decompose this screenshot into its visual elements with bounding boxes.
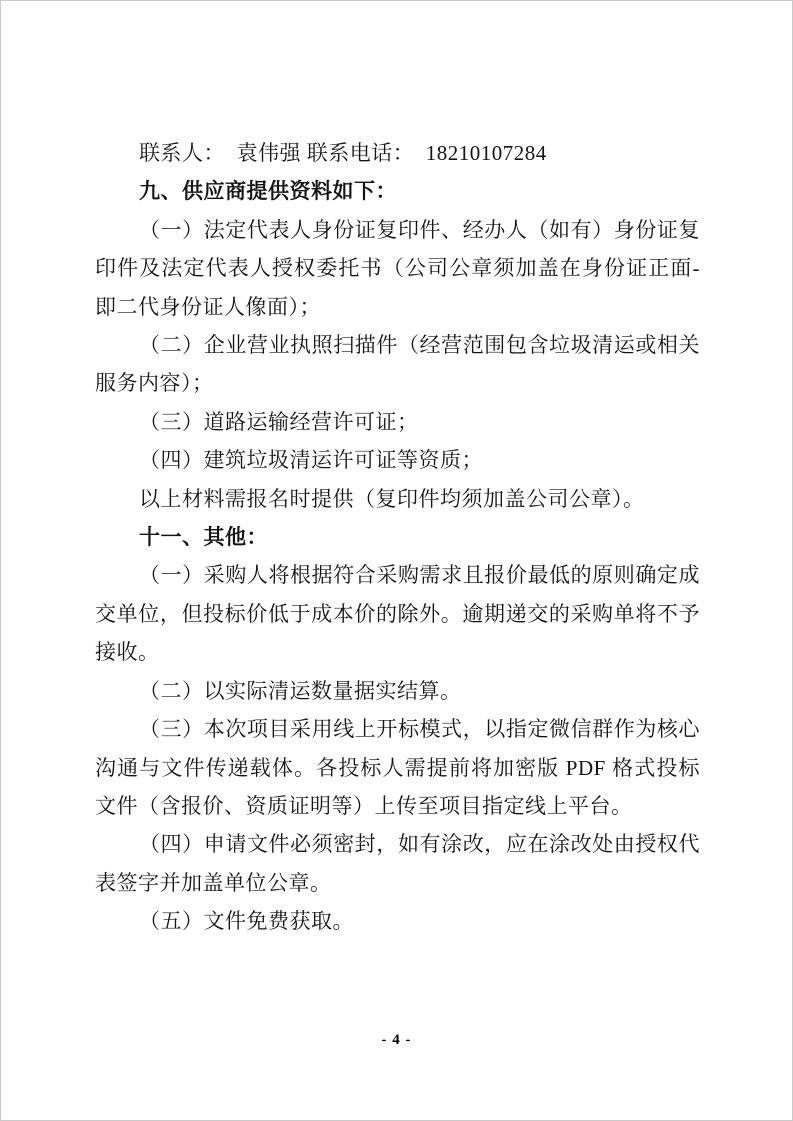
page-number: - 4 - <box>382 1032 412 1048</box>
paragraph: （四）建筑垃圾清运许可证等资质； <box>95 441 700 479</box>
page-footer: - 4 - <box>1 1031 792 1049</box>
section-heading: 九、供应商提供资料如下： <box>95 172 700 210</box>
paragraph: （一）采购人将根据符合采购需求且报价最低的原则确定成交单位，但投标价低于成本价的… <box>95 556 700 671</box>
paragraph: （二）企业营业执照扫描件（经营范围包含垃圾清运或相关服务内容）； <box>95 326 700 403</box>
paragraph: （四）申请文件必须密封，如有涂改，应在涂改处由授权代表签字并加盖单位公章。 <box>95 825 700 902</box>
paragraph: 联系人： 袁伟强 联系电话： 18210107284 <box>95 134 700 172</box>
paragraph: （三）道路运输经营许可证； <box>95 403 700 441</box>
document-body: 联系人： 袁伟强 联系电话： 18210107284九、供应商提供资料如下：（一… <box>95 134 700 941</box>
document-page: 联系人： 袁伟强 联系电话： 18210107284九、供应商提供资料如下：（一… <box>0 0 793 1121</box>
section-heading: 十一、其他： <box>95 518 700 556</box>
paragraph: （一）法定代表人身份证复印件、经办人（如有）身份证复印件及法定代表人授权委托书（… <box>95 211 700 326</box>
paragraph: （三）本次项目采用线上开标模式，以指定微信群作为核心沟通与文件传递载体。各投标人… <box>95 710 700 825</box>
paragraph: （二）以实际清运数量据实结算。 <box>95 672 700 710</box>
paragraph: （五）文件免费获取。 <box>95 902 700 940</box>
paragraph: 以上材料需报名时提供（复印件均须加盖公司公章）。 <box>95 480 700 518</box>
